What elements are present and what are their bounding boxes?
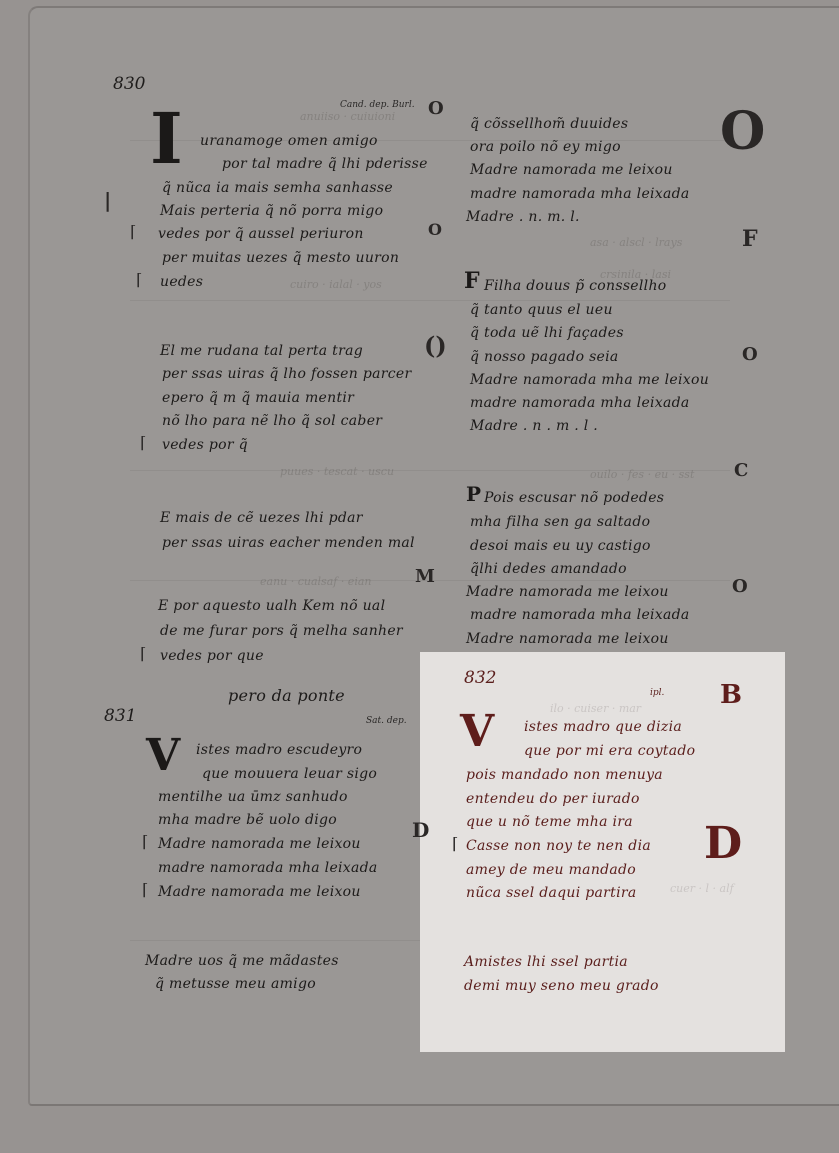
verse-line: uranamoge omen amigo: [200, 133, 378, 149]
verse-line: demi muy seno meu grado: [464, 978, 659, 994]
verse-line: q̃ nosso pagado seia: [470, 349, 619, 365]
verse-line: que mouuera leuar sigo: [202, 766, 377, 782]
margin-letter: O: [428, 222, 442, 238]
verse-line: Pois escusar nõ podedes: [484, 490, 664, 506]
margin-letter: (): [424, 334, 447, 358]
verse-line: q̃ metusse meu amigo: [155, 976, 316, 992]
margin-letter: M: [415, 568, 435, 586]
paragraph-mark: ⌈: [452, 834, 458, 853]
verse-line: per muitas uezes q̃ mesto uuron: [162, 250, 399, 266]
verse-line: El me rudana tal perta trag: [160, 343, 363, 359]
paragraph-mark: ⌈: [140, 433, 146, 452]
margin-letter: O: [742, 346, 758, 364]
verse-line: Madre . n. m. l.: [466, 209, 580, 225]
paragraph-mark: ⌈: [142, 880, 148, 899]
verse-line: nõ lho para nẽ lho q̃ sol caber: [162, 413, 382, 429]
poem-number: 832: [464, 668, 496, 688]
margin-letter: O: [732, 578, 748, 596]
verse-line: E por aquesto ualh Kem nõ ual: [158, 598, 385, 614]
verse-line: vedes por q̃ aussel periuron: [158, 226, 364, 242]
verse-line: pois mandado non menuya: [466, 767, 663, 783]
verse-line: por tal madre q̃ lhi pderisse: [222, 156, 428, 172]
margin-mark: |: [104, 190, 111, 210]
verse-line: mentilhe ua ūmz sanhudo: [158, 789, 348, 805]
author-attribution: pero da ponte: [228, 686, 345, 705]
margin-letter: F: [742, 228, 758, 250]
verse-line: epero q̃ m q̃ mauia mentir: [162, 390, 354, 406]
verse-line: que u nõ teme mha ira: [466, 814, 633, 830]
verse-line: nũca ssel daqui partira: [466, 885, 637, 901]
rubric: ipl.: [650, 688, 664, 698]
verse-line: Madre namorada me leixou: [466, 631, 669, 647]
verse-line: mha filha sen ga saltado: [470, 514, 650, 530]
verse-line: Amistes lhi ssel partia: [464, 954, 628, 970]
highlighted-region: ilo · cuiser · mar cuer · l · alf 832 ip…: [420, 652, 785, 1052]
poem-number: 830: [113, 74, 145, 94]
rubric: Cand. dep. Burl.: [340, 100, 415, 110]
verse-line: uedes: [160, 274, 203, 290]
verse-line: q̃ tanto quus el ueu: [470, 302, 613, 318]
verse-line: que por mi era coytado: [524, 743, 695, 759]
verse-line: istes madro que dizia: [524, 719, 682, 735]
margin-letter: O: [428, 100, 444, 118]
paragraph-mark: ⌈: [136, 270, 142, 289]
verse-line: Madre namorada me leixou: [470, 162, 673, 178]
verse-line: Madre namorada me leixou: [466, 584, 669, 600]
verse-line: Madre namorada me leixou: [158, 884, 361, 900]
decorated-initial: V: [146, 734, 180, 778]
paragraph-mark: ⌈: [130, 222, 136, 241]
poem-number: 831: [104, 706, 136, 726]
decorated-initial: F: [464, 270, 480, 292]
verse-line: entendeu do per iurado: [466, 791, 640, 807]
verse-line: per ssas uiras q̃ lho fossen parcer: [162, 366, 411, 382]
verse-line: Madre . n . m . l .: [470, 418, 598, 434]
verse-line: ora poilo nõ ey migo: [470, 139, 621, 155]
verse-line: madre namorada mha leixada: [158, 860, 378, 876]
margin-letter: C: [734, 462, 748, 480]
verse-line: madre namorada mha leixada: [470, 395, 690, 411]
paragraph-mark: ⌈: [140, 644, 146, 663]
verse-line: q̃ toda uẽ lhi façades: [470, 325, 624, 341]
verse-line: istes madro escudeyro: [196, 742, 362, 758]
verse-line: Filha douus p̃ conssellho: [484, 278, 667, 294]
verse-line: mha madre bẽ uolo digo: [158, 812, 337, 828]
decorated-initial: P: [466, 484, 481, 504]
margin-letter: B: [720, 682, 742, 708]
verse-line: desoi mais eu uy castigo: [470, 538, 651, 554]
verse-line: vedes por q̃: [162, 437, 248, 453]
verse-line: Casse non noy te nen dia: [466, 838, 651, 854]
verse-line: Madre uos q̃ me mãdastes: [145, 953, 339, 969]
margin-letter: O: [720, 106, 765, 158]
paragraph-mark: ⌈: [142, 832, 148, 851]
verse-line: q̃ nũca ia mais semha sanhasse: [162, 180, 393, 196]
verse-line: q̃lhi dedes amandado: [470, 561, 627, 577]
decorated-initial: V: [460, 710, 494, 754]
verse-line: madre namorada mha leixada: [470, 607, 690, 623]
verse-line: de me furar pors q̃ melha sanher: [160, 623, 403, 639]
verse-line: Madre namorada mha me leixou: [470, 372, 709, 388]
verse-line: per ssas uiras eacher menden mal: [162, 535, 415, 551]
margin-letter: D: [412, 820, 429, 840]
margin-letter: D: [704, 822, 742, 866]
verse-line: Mais perteria q̃ nõ porra migo: [160, 203, 383, 219]
verse-line: vedes por que: [160, 648, 264, 664]
verse-line: E mais de cẽ uezes lhi pdar: [160, 510, 363, 526]
rubric: Sat. dep.: [366, 716, 407, 726]
verse-line: q̃ cõssellhom̃ duuides: [470, 116, 628, 132]
decorated-initial: I: [150, 104, 183, 174]
verse-line: madre namorada mha leixada: [470, 186, 690, 202]
verse-line: Madre namorada me leixou: [158, 836, 361, 852]
verse-line: amey de meu mandado: [466, 862, 636, 878]
